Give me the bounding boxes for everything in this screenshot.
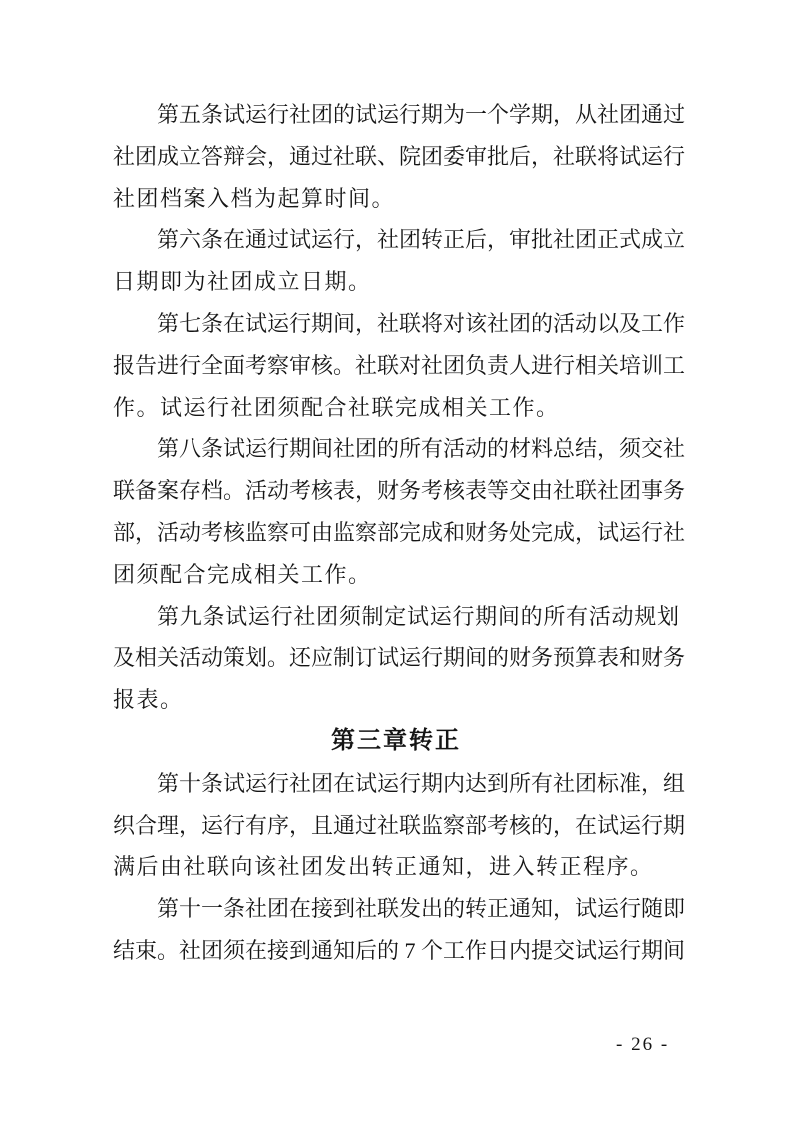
paragraph-line: 织合理，运行有序，且通过社联监察部考核的，在试运行期 bbox=[113, 805, 679, 847]
document-page: 第五条试运行社团的试运行期为一个学期，从社团通过 社团成立答辩会，通过社联、院团… bbox=[0, 0, 793, 1122]
paragraph-line: 满后由社联向该社团发出转正通知，进入转正程序。 bbox=[113, 846, 679, 888]
paragraph-line: 团须配合完成相关工作。 bbox=[113, 554, 679, 596]
paragraph-line: 日期即为社团成立日期。 bbox=[113, 261, 679, 303]
paragraph-line: 联备案存档。活动考核表，财务考核表等交由社联社团事务 bbox=[113, 470, 679, 512]
paragraph-line: 结束。社团须在接到通知后的 7 个工作日内提交试运行期间 bbox=[113, 930, 679, 972]
paragraph-line: 部，活动考核监察可由监察部完成和财务处完成，试运行社 bbox=[113, 512, 679, 554]
document-body: 第五条试运行社团的试运行期为一个学期，从社团通过 社团成立答辩会，通过社联、院团… bbox=[113, 94, 679, 972]
paragraph-line: 及相关活动策划。还应制订试运行期间的财务预算表和财务 bbox=[113, 637, 679, 679]
paragraph-line: 社团成立答辩会，通过社联、院团委审批后，社联将试运行 bbox=[113, 136, 679, 178]
paragraph-line: 第十条试运行社团在试运行期内达到所有社团标准，组 bbox=[113, 763, 679, 805]
paragraph-line: 作。试运行社团须配合社联完成相关工作。 bbox=[113, 387, 679, 429]
paragraph-line: 第九条试运行社团须制定试运行期间的所有活动规划 bbox=[113, 596, 679, 638]
paragraph-line: 第十一条社团在接到社联发出的转正通知，试运行随即 bbox=[113, 888, 679, 930]
paragraph-line: 报表。 bbox=[113, 679, 679, 721]
paragraph-line: 报告进行全面考察审核。社联对社团负责人进行相关培训工 bbox=[113, 345, 679, 387]
paragraph-line: 第七条在试运行期间，社联将对该社团的活动以及工作 bbox=[113, 303, 679, 345]
paragraph-line: 第六条在通过试运行，社团转正后，审批社团正式成立 bbox=[113, 219, 679, 261]
page-number: - 26 - bbox=[616, 1033, 669, 1057]
paragraph-line: 社团档案入档为起算时间。 bbox=[113, 178, 679, 220]
paragraph-line: 第八条试运行期间社团的所有活动的材料总结，须交社 bbox=[113, 428, 679, 470]
chapter-heading: 第三章转正 bbox=[113, 721, 679, 763]
paragraph-line: 第五条试运行社团的试运行期为一个学期，从社团通过 bbox=[113, 94, 679, 136]
